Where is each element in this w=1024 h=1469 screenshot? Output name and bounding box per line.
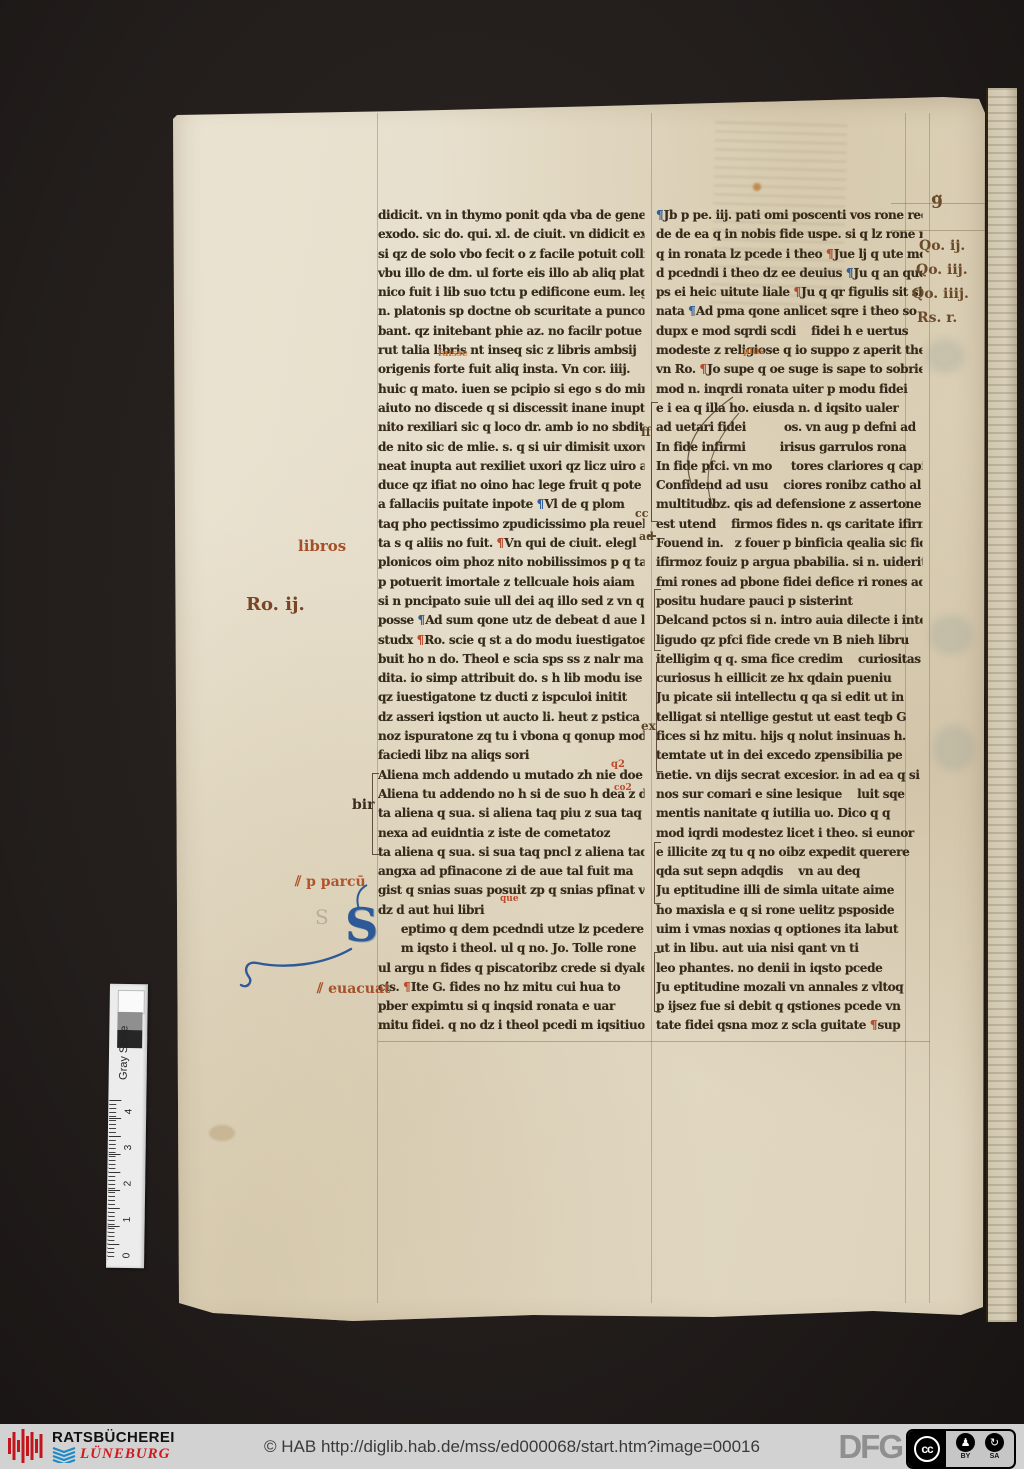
manuscript-text-line: fices si hz mitu. hijs q nolut insinuas …	[656, 726, 923, 745]
ruler-numbers: 43210	[110, 984, 148, 985]
quire-mark-qo-iij: Qo. iij.	[916, 262, 968, 278]
footer-bar: RATSBÜCHEREI LÜNEBURG © HAB http://digli…	[0, 1424, 1024, 1469]
manuscript-text-line: si qz de solo vbo fecit o z facile potui…	[378, 244, 645, 263]
manuscript-text-line: posse ¶Ad sum qone utz de debeat d aue l…	[378, 610, 645, 629]
manuscript-text-line: est utend firmos fides n. qs caritate if…	[656, 514, 923, 533]
grayscale-patch-white	[118, 990, 145, 1014]
paraph-mark-blue: ¶	[537, 496, 545, 511]
ruler-number: 3	[123, 1145, 134, 1151]
manuscript-text-line: dita. io simp attribuit do. s h lib modu…	[378, 668, 645, 687]
cc-by-icon: ♟ BY	[956, 1433, 975, 1460]
gloss-que: que	[500, 894, 519, 904]
manuscript-text-line: origenis forte fuit aliq insta. Vn cor. …	[378, 359, 645, 378]
manuscript-text-line: angxa ad pfinacone zi de aue tal fuit ma	[378, 861, 645, 880]
show-through-blot	[933, 725, 975, 771]
ruling-line-horizontal	[378, 1041, 930, 1042]
manuscript-text-line: nata ¶Ad pma qone anlicet sqre i theo so	[656, 301, 923, 320]
manuscript-text-line: e illicite zq tu q no oibz expedit quere…	[656, 842, 923, 861]
manuscript-text-line: eptimo q dem pcedndi utze lz pcedere	[378, 919, 645, 938]
cc-license-badge: cc ♟ BY ↻ SA	[906, 1429, 1016, 1469]
decorated-initial-s: S	[345, 903, 378, 947]
manuscript-text-line: netie. vn dijs secrat excesior. in ad ea…	[656, 765, 923, 784]
manuscript-text-line: curiosus h eillicit ze hx qdain pueniu	[656, 668, 923, 687]
ruler-number: 1	[122, 1217, 133, 1223]
manuscript-text-line: ut in libu. aut uia nisi qant vn ti	[656, 938, 923, 957]
paraph-mark-blue: ¶	[688, 303, 696, 318]
manuscript-text-line: Ju eptitudine mozali vn annales z vltoq	[656, 977, 923, 996]
grayscale-card: Gray Scale 43210	[106, 984, 148, 1269]
manuscript-text-line: ho maxisla e q si rone uelitz psposide	[656, 900, 923, 919]
manuscript-text-line: qz iuestigatone tz ducti z ispculoi init…	[378, 687, 645, 706]
manuscript-text-line: telligat si ntellige gestut ut east teqb…	[656, 707, 923, 726]
manuscript-text-line: Ju picate sii intellectu q qa si edit ut…	[656, 687, 923, 706]
manuscript-text-line: nos sur comari e sine lesique luit sqe	[656, 784, 923, 803]
manuscript-text-line: aiuto no discede q si discessit inane in…	[378, 398, 645, 417]
manuscript-text-line: bant. qz initebant phie az. no facilr po…	[378, 321, 645, 340]
cc-logo: cc	[908, 1431, 946, 1467]
manuscript-text-line: ta s q aliis no fuit. ¶Vn qui de ciuit. …	[378, 533, 645, 552]
manuscript-text-line: taq pho pectissimo zpudicissimo pla reue…	[378, 514, 645, 533]
quire-mark-rs-r: Rs. r.	[917, 310, 957, 326]
manuscript-text-line: positu hudare pauci p sisterint	[656, 591, 923, 610]
digitized-manuscript-scan: { "footer": { "attribution": "© HAB http…	[0, 0, 1024, 1469]
paraph-mark-red: ¶	[870, 1017, 878, 1032]
grayscale-label: Gray Scale	[118, 1025, 131, 1080]
manuscript-text-line: p potuerit imortale z tellcuale hois aia…	[378, 572, 645, 591]
paraph-mark-red: ¶	[699, 361, 707, 376]
nota-bracket	[656, 662, 663, 772]
manuscript-text-line: nico fuit i lib suo tctu p edificone eum…	[378, 282, 645, 301]
manuscript-text-line: vn Ro. ¶Jo supe q oe suge is sape to sob…	[656, 359, 923, 378]
paraph-mark-red: ¶	[826, 246, 834, 261]
manuscript-text-line: neat inupta aut rexiliet uxori qz licz u…	[378, 456, 645, 475]
ruler-number: 2	[122, 1181, 133, 1187]
manuscript-text-line: de de ea q in nobis fide uspe. si q lz r…	[656, 224, 923, 243]
nota-bracket	[654, 952, 661, 1012]
marginal-note-p-parcu: ⫽ p parcū	[295, 874, 366, 890]
marginal-note-libros: libros	[298, 537, 346, 555]
nota-bracket	[372, 773, 379, 855]
manuscript-text-line: ligudo qz pfci fide crede vn B nieh libr…	[656, 630, 923, 649]
paraph-mark-red: ¶	[403, 979, 411, 994]
gutter-note-cc: cc	[635, 507, 648, 520]
manuscript-text-line: dz asseri iqstion ut aucto li. heut z ps…	[378, 707, 645, 726]
manuscript-text-line: cis. ¶Ite G. fides no hz mitu cui hua to	[378, 977, 645, 996]
manuscript-text-line: nexa ad euidntia z iste de cometatoz	[378, 823, 645, 842]
manuscript-text-line: Delcand pctos si n. intro auia dilecte i…	[656, 610, 923, 629]
marginal-note-ro-ij: Ro. ij.	[246, 594, 305, 615]
manuscript-text-line: m iqsto i theol. ul q no. Jo. Tolle rone	[378, 938, 645, 957]
manuscript-text-line: ps ei heic uitute liale ¶Ju q qr figulis…	[656, 282, 923, 301]
gutter-note-ff: ff	[641, 425, 651, 439]
gutter-note-ex: ex	[641, 719, 656, 733]
manuscript-text-line: d pcedndi i theo dz ee deuius ¶Ju q an q…	[656, 263, 923, 282]
manuscript-text-line: didicit. vn in thymo ponit qda vba de ge…	[378, 205, 645, 224]
manuscript-text-line: huic q mato. iuen se pcipio si ego s do …	[378, 379, 645, 398]
manuscript-text-line: itelligim q q. sma fice credim curiosita…	[656, 649, 923, 668]
gloss-co2: co2	[614, 783, 632, 793]
book-fore-edge	[986, 88, 1017, 1322]
manuscript-text-line: ta aliena q sua. si aliena taq piu z sua…	[378, 803, 645, 822]
manuscript-text-line: Confidend ad usu ciores ronibz catho al …	[656, 475, 923, 494]
parchment-stain	[209, 1125, 235, 1141]
manuscript-text-line: studx ¶Ro. scie q st a do modu iuestigat…	[378, 630, 645, 649]
nota-bracket	[654, 842, 661, 904]
text-column-left: didicit. vn in thymo ponit qda vba de ge…	[378, 205, 645, 1041]
manuscript-text-line: pber expimtu si q inqsid ronata e uar	[378, 996, 645, 1015]
manuscript-text-line: Ju eptitudine illi de simla uitate aime	[656, 880, 923, 899]
quire-mark-9: 9̈	[931, 193, 943, 213]
paraph-mark-red: ¶	[497, 535, 505, 550]
manuscript-text-line: p ijsez fue si debit q qstiones pcede vn	[656, 996, 923, 1015]
show-through-blot	[929, 615, 973, 655]
gloss-fuisse: fuisse	[438, 349, 468, 359]
marginal-note-bir: bir	[352, 797, 374, 813]
rust-stain	[753, 183, 761, 191]
manuscript-text-line: faciedi libz na aliqs sori	[378, 745, 645, 764]
quire-mark-qo-ij: Qo. ij.	[919, 238, 965, 254]
manuscript-text-line: ¶Jb p pe. iij. pati omi poscenti vos ron…	[656, 205, 923, 224]
manuscript-text-line: leo phantes. no denii in iqsto pcede	[656, 958, 923, 977]
ruler-number: 0	[121, 1253, 132, 1259]
manuscript-text-line: noz ispuratone zq tu i vbona q qonup mod	[378, 726, 645, 745]
gloss-q2: q2	[611, 759, 625, 770]
paraph-mark-blue: ¶	[656, 207, 664, 222]
gloss-plus: plus	[743, 347, 764, 357]
manuscript-text-line: ad uetari fidei os. vn aug p defni ad	[656, 417, 923, 436]
ruling-line-vertical	[651, 113, 652, 1303]
nota-bracket	[651, 402, 658, 522]
manuscript-text-line: multitudbz. qis ad defensione z asserton…	[656, 494, 923, 513]
text-column-right: ¶Jb p pe. iij. pati omi poscenti vos ron…	[656, 205, 923, 1041]
manuscript-text-line: qda sut sepn adqdis vn au deq	[656, 861, 923, 880]
nota-bracket	[654, 589, 661, 651]
manuscript-text-line: Aliena tu addendo no h si de suo h dea z…	[378, 784, 645, 803]
manuscript-text-line: Fouend in. z fouer p binficia qealia sic…	[656, 533, 923, 552]
ruler-number: 4	[123, 1109, 134, 1115]
manuscript-text-line: In fide infirmi irisus garrulos rona	[656, 437, 923, 456]
guide-letter-s: S	[315, 905, 329, 929]
gutter-note-ad: ad	[639, 530, 654, 543]
manuscript-text-line: rut talia libris nt inseq sic z libris a…	[378, 340, 645, 359]
manuscript-text-line: nito rexiliari sic q loco dr. amb io no …	[378, 417, 645, 436]
manuscript-text-line: q in ronata lz pcede i theo ¶Jue lj q ut…	[656, 244, 923, 263]
manuscript-text-line: buit ho n do. Theol e scia sps ss z nalr…	[378, 649, 645, 668]
manuscript-text-line: ul argu n fides q piscatoribz crede si d…	[378, 958, 645, 977]
paraph-mark-red: ¶	[793, 284, 801, 299]
manuscript-text-line: exodo. sic do. qui. xl. de ciuit. vn did…	[378, 224, 645, 243]
manuscript-text-line: Aliena mch addendo u mutado zh nie doe s…	[378, 765, 645, 784]
paraph-mark-blue: ¶	[846, 265, 854, 280]
manuscript-text-line: plonicos oim phoz nito nobilissimos p q …	[378, 552, 645, 571]
paraph-mark-red: ¶	[417, 632, 425, 647]
manuscript-text-line: In fide pfci. vn mo tores clariores q ca…	[656, 456, 923, 475]
manuscript-text-line: n. platonis sp doctne ob scuritate a pun…	[378, 301, 645, 320]
ruler-ticks-cm	[107, 1100, 121, 1260]
manuscript-text-line: mod iqrdi modestez licet i theo. si euno…	[656, 823, 923, 842]
manuscript-text-line: mitu fidei. q no dz i theol pcedi m iqsi…	[378, 1015, 645, 1034]
manuscript-text-line: ta aliena q sua. si sua taq pncl z alien…	[378, 842, 645, 861]
manuscript-text-line: a fallaciis puitate inpote ¶Vl de q plom	[378, 494, 645, 513]
manuscript-text-line: mod n. inqrdi ronata uiter p modu fidei	[656, 379, 923, 398]
manuscript-text-line: fmi rones ad pbone fidei defice ri rones…	[656, 572, 923, 591]
manuscript-text-line: modeste z religiose q io suppo z aperit …	[656, 340, 923, 359]
manuscript-text-line: ifirmoz fouiz p argua pbabilia. si n. ui…	[656, 552, 923, 571]
quire-mark-qo-iiij: Qo. iiij.	[912, 286, 969, 302]
cc-sa-icon: ↻ SA	[985, 1433, 1004, 1460]
manuscript-text-line: de nito sic de mlie. s. q si uir dimisit…	[378, 437, 645, 456]
manuscript-text-line: mentis nanitate q iutilia uo. Dico q q	[656, 803, 923, 822]
manuscript-text-line: temtate ut in dei excedo zpensibilia pe	[656, 745, 923, 764]
dfg-logo: DFG	[838, 1428, 902, 1466]
manuscript-page: didicit. vn in thymo ponit qda vba de ge…	[173, 97, 985, 1329]
manuscript-text-line: dupx e mod sqrdi scdi fidei h e uertus	[656, 321, 923, 340]
manuscript-text-line: si n pncipato suie ull dei aq illo sed z…	[378, 591, 645, 610]
manuscript-text-line: tate fidei qsna moz z scla guitate ¶sup	[656, 1015, 923, 1034]
manuscript-text-line: vbu illo de dm. ul forte eis illo ab ali…	[378, 263, 645, 282]
paraph-mark-blue: ¶	[418, 612, 426, 627]
show-through-blot	[925, 339, 965, 373]
marginal-note-euacuat: ⫽ euacuat	[317, 981, 391, 997]
manuscript-text-line: e i ea q illa ho. eiusda n. d iqsito ual…	[656, 398, 923, 417]
manuscript-text-line: duce qz ifiat no oino hac lege fruit q p…	[378, 475, 645, 494]
manuscript-text-line: uim i vmas noxias q optiones ita labut	[656, 919, 923, 938]
